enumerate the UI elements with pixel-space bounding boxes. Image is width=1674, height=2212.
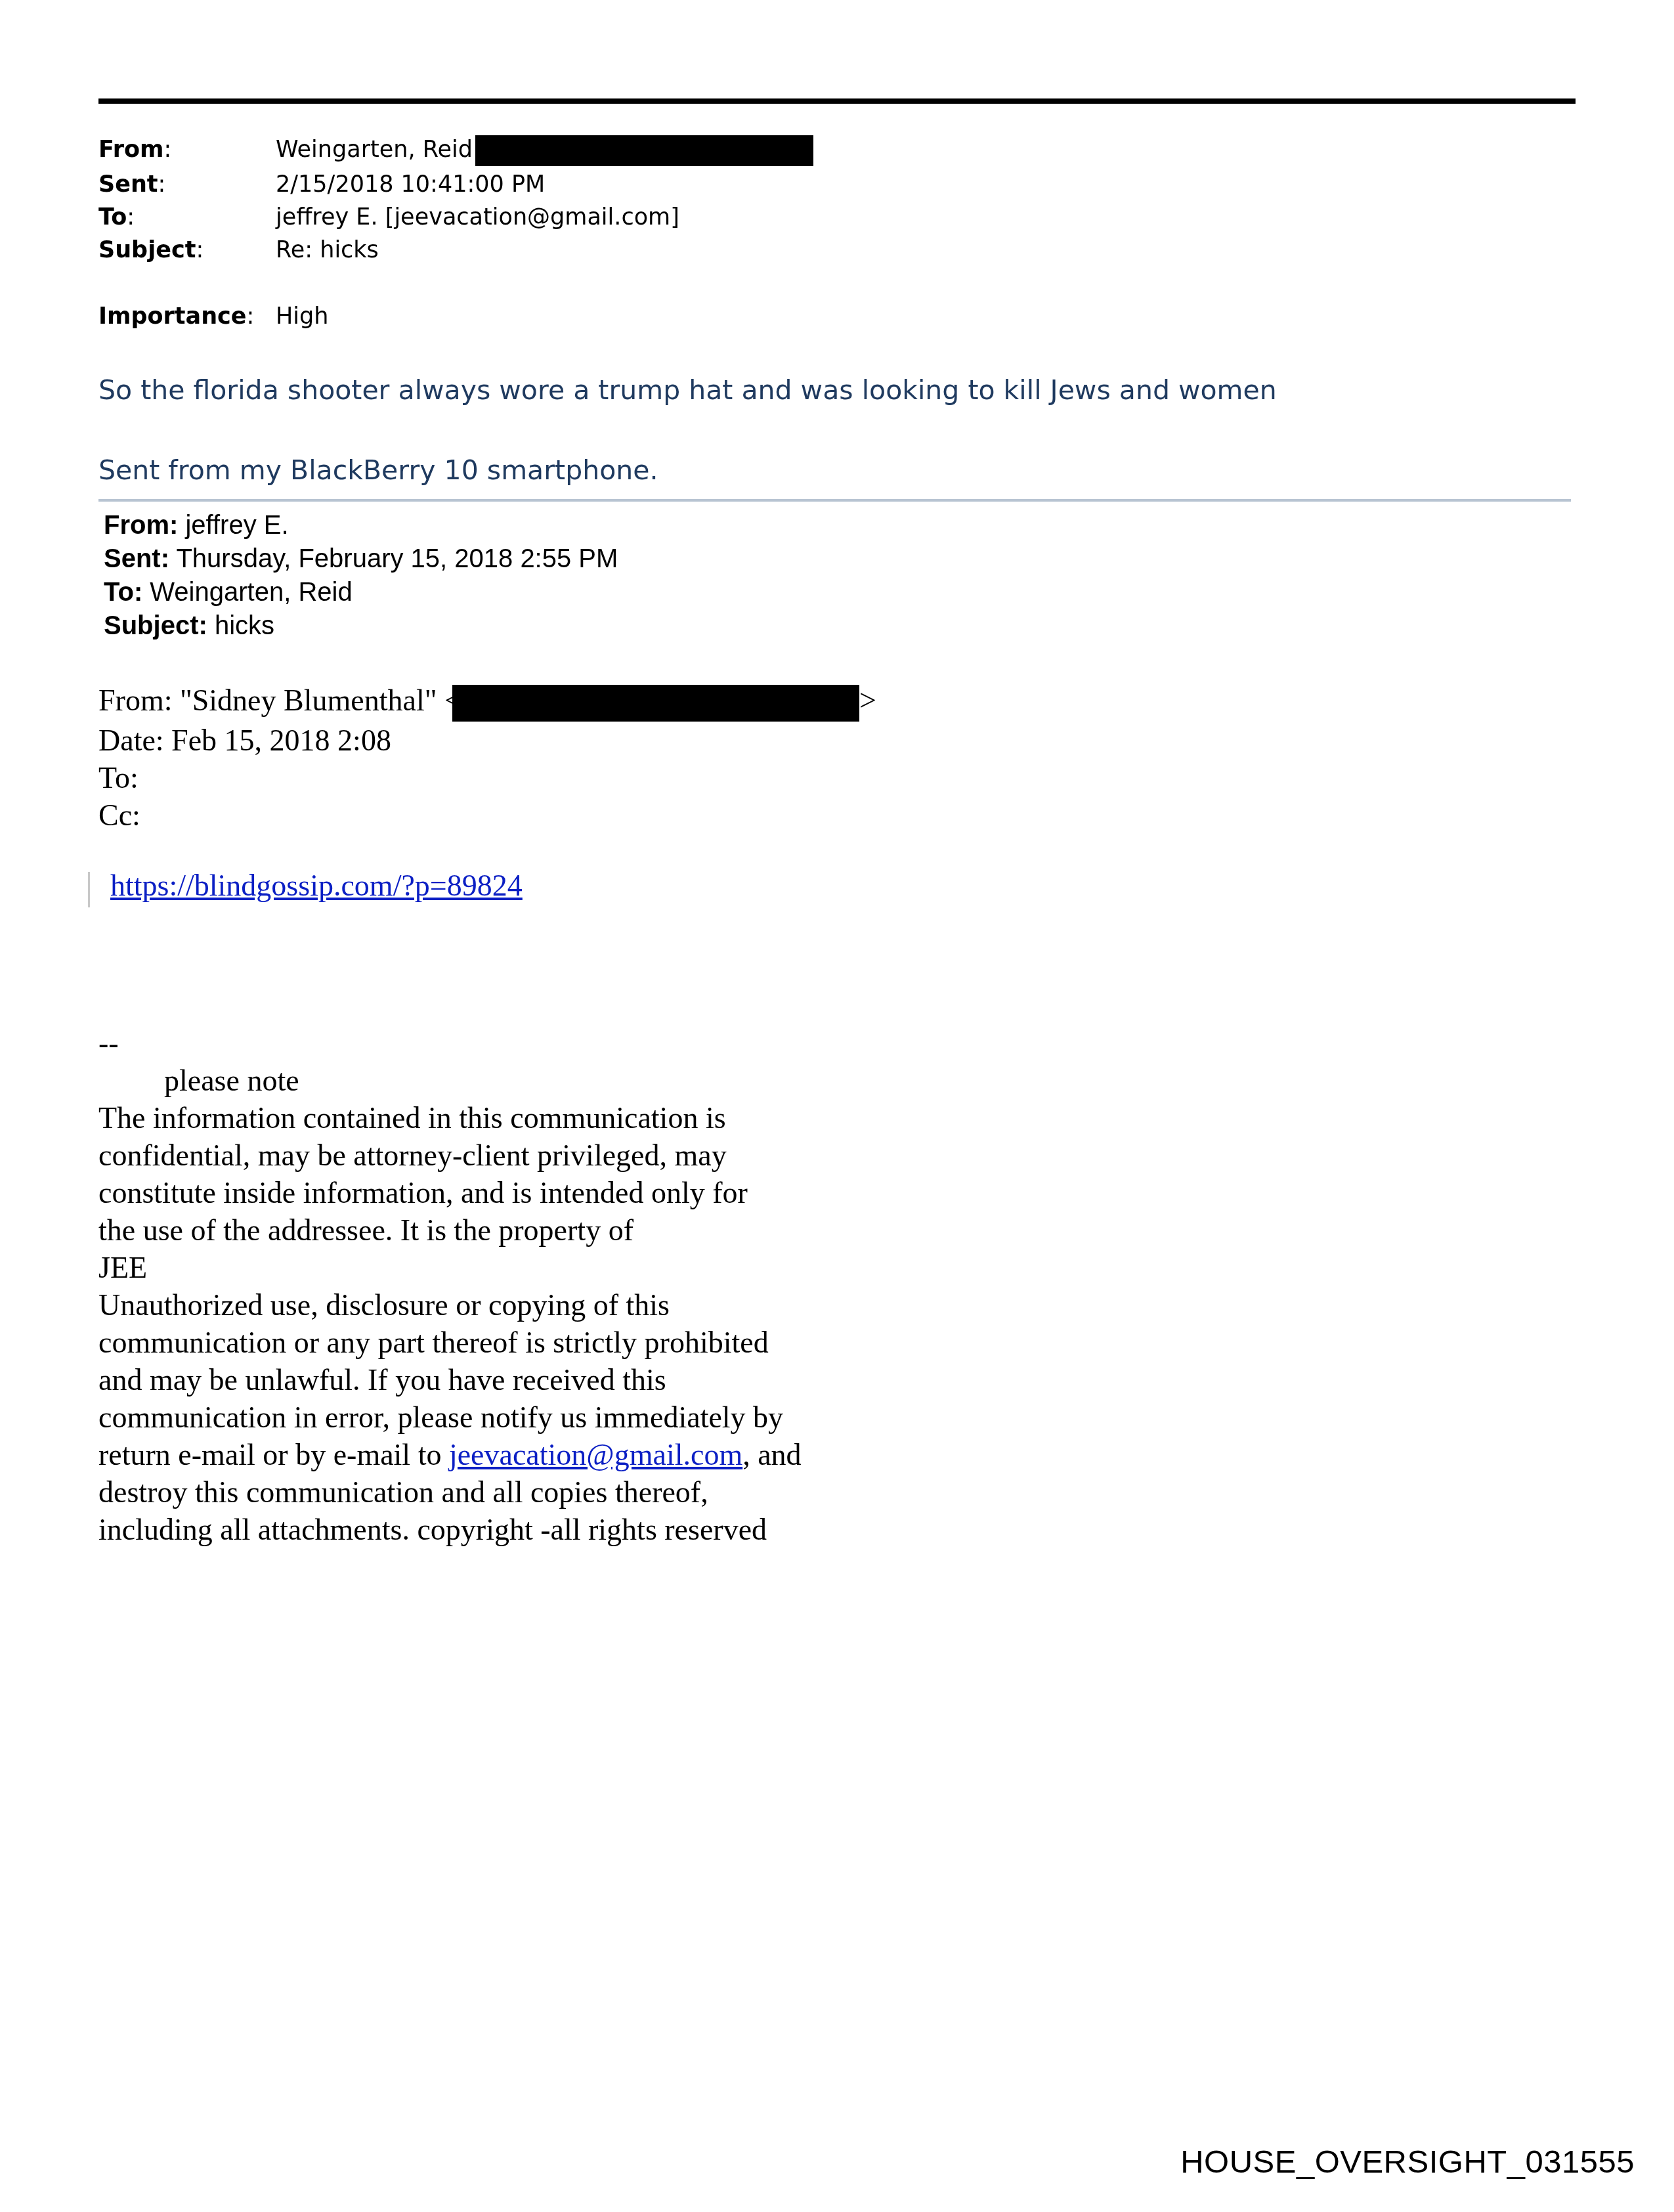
- forwarded-header: From: jeffrey E. Sent: Thursday, Februar…: [104, 509, 618, 643]
- disclaimer-line: the use of the addressee. It is the prop…: [98, 1211, 802, 1249]
- disclaimer-line: Unauthorized use, disclosure or copying …: [98, 1286, 802, 1324]
- header-subject-value: Re: hicks: [276, 234, 379, 267]
- reply-message: So the florida shooter always wore a tru…: [98, 374, 1277, 406]
- header-importance-label: Importance:: [98, 300, 254, 333]
- header-sent-label: Sent:: [98, 168, 165, 201]
- header-to-value: jeffrey E. [jeevacation@gmail.com]: [276, 201, 679, 234]
- disclaimer-block: -- please note The information contained…: [98, 1024, 802, 1548]
- forwarded-subject-row: Subject: hicks: [104, 609, 618, 643]
- forwarded-from-row: From: jeffrey E.: [104, 509, 618, 542]
- original-date-row: Date: Feb 15, 2018 2:08: [98, 722, 876, 759]
- signature-separator: --: [98, 1024, 802, 1062]
- original-from-row: From: "Sidney Blumenthal" <>: [98, 682, 876, 722]
- disclaimer-line: JEE: [98, 1249, 802, 1286]
- redaction-block: [452, 685, 859, 722]
- disclaimer-line: communication in error, please notify us…: [98, 1399, 802, 1436]
- disclaimer-line: constitute inside information, and is in…: [98, 1174, 802, 1211]
- quoted-message-divider: [98, 499, 1571, 502]
- header-from-value: Weingarten, Reid: [276, 133, 813, 166]
- disclaimer-line: The information contained in this commun…: [98, 1099, 802, 1137]
- disclaimer-line: communication or any part thereof is str…: [98, 1324, 802, 1361]
- disclaimer-note: please note: [98, 1062, 802, 1099]
- email-document-page: From: Weingarten, Reid Sent: 2/15/2018 1…: [0, 0, 1674, 2212]
- reply-signature: Sent from my BlackBerry 10 smartphone.: [98, 454, 658, 486]
- original-to-row: To:: [98, 759, 876, 796]
- original-cc-row: Cc:: [98, 796, 876, 834]
- forwarded-sent-row: Sent: Thursday, February 15, 2018 2:55 P…: [104, 542, 618, 576]
- header-to-label: To:: [98, 201, 135, 234]
- header-subject-label: Subject:: [98, 234, 204, 267]
- disclaimer-line: and may be unlawful. If you have receive…: [98, 1361, 802, 1399]
- header-importance-value: High: [276, 300, 328, 333]
- disclaimer-line: including all attachments. copyright -al…: [98, 1511, 802, 1548]
- header-from-label: From:: [98, 133, 171, 166]
- disclaimer-line: confidential, may be attorney-client pri…: [98, 1137, 802, 1174]
- quote-bar: [88, 872, 90, 907]
- disclaimer-line: destroy this communication and all copie…: [98, 1473, 802, 1511]
- forwarded-to-row: To: Weingarten, Reid: [104, 576, 618, 609]
- blindgossip-link[interactable]: https://blindgossip.com/?p=89824: [110, 868, 523, 903]
- top-divider: [98, 98, 1576, 104]
- bates-number: HOUSE_OVERSIGHT_031555: [1180, 2144, 1635, 2180]
- email-link[interactable]: jeevacation@gmail.com: [449, 1438, 742, 1471]
- header-sent-value: 2/15/2018 10:41:00 PM: [276, 168, 545, 201]
- redaction-block: [475, 135, 813, 166]
- disclaimer-email-line: return e-mail or by e-mail to jeevacatio…: [98, 1436, 802, 1473]
- original-message-header: From: "Sidney Blumenthal" <> Date: Feb 1…: [98, 682, 876, 834]
